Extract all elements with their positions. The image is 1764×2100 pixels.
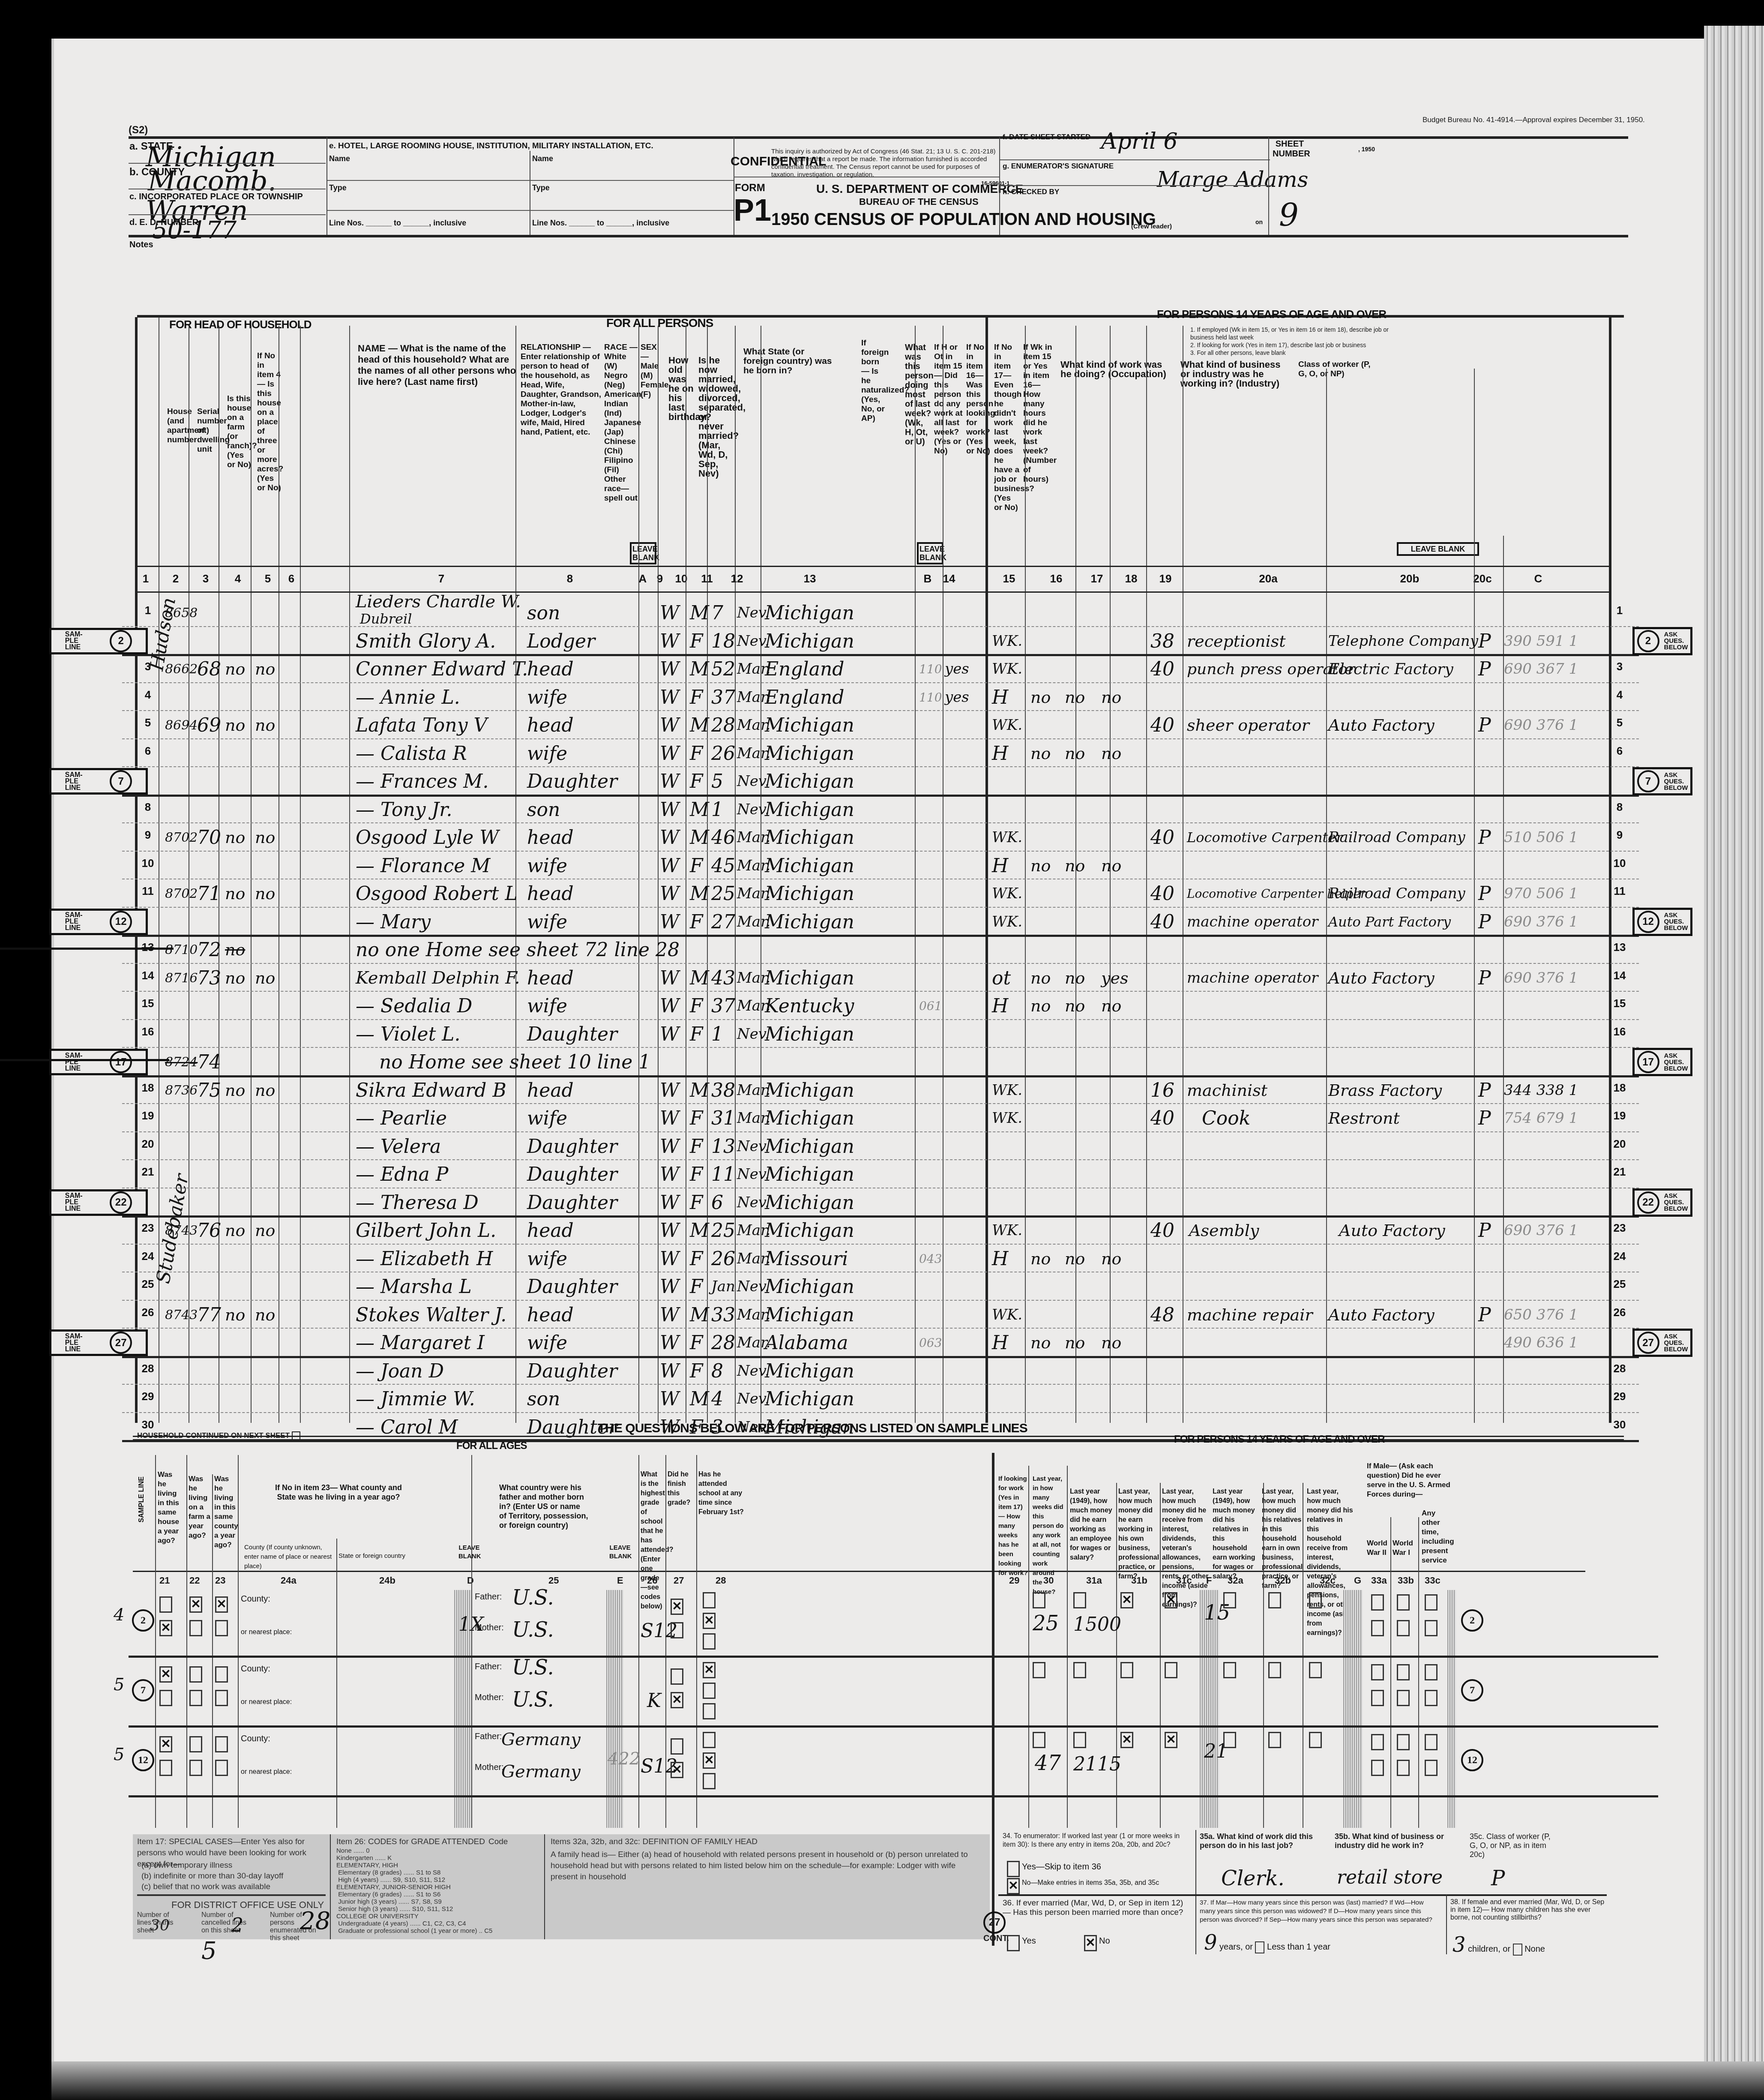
serial-number[interactable]: 77 bbox=[197, 1303, 221, 1327]
class-of-worker[interactable]: P bbox=[1478, 882, 1491, 906]
relationship[interactable]: Lodger bbox=[527, 630, 595, 653]
house-number[interactable]: 8702 bbox=[165, 826, 198, 849]
industry[interactable]: Auto Factory bbox=[1328, 714, 1435, 737]
three-acres[interactable]: no bbox=[255, 1303, 275, 1327]
age[interactable]: 11 bbox=[711, 1163, 735, 1186]
q21-no-checkbox[interactable] bbox=[159, 1690, 172, 1706]
sex[interactable]: F bbox=[690, 686, 703, 709]
race[interactable]: W bbox=[660, 826, 679, 849]
serial-number[interactable]: 70 bbox=[197, 826, 221, 849]
sex[interactable]: F bbox=[690, 854, 703, 878]
q33c-no-checkbox[interactable] bbox=[1425, 1690, 1438, 1706]
hours[interactable]: 40 bbox=[1150, 910, 1174, 934]
birthplace[interactable]: Michigan bbox=[765, 1219, 854, 1242]
q27-no-checkbox[interactable]: ✕ bbox=[671, 1762, 683, 1778]
on-farm[interactable]: no bbox=[225, 714, 245, 737]
relationship[interactable]: head bbox=[527, 1079, 574, 1102]
age[interactable]: 13 bbox=[711, 1135, 735, 1158]
activity[interactable]: WK. bbox=[992, 630, 1022, 653]
sex[interactable]: F bbox=[690, 910, 703, 934]
q27-yes-checkbox[interactable]: ✕ bbox=[671, 1599, 683, 1615]
birthplace[interactable]: Michigan bbox=[765, 1023, 854, 1046]
person-name[interactable]: — Florance M bbox=[356, 854, 490, 878]
q33b-yes-checkbox[interactable] bbox=[1397, 1594, 1410, 1611]
none-children-checkbox[interactable] bbox=[1513, 1944, 1522, 1956]
relationship[interactable]: son bbox=[527, 798, 560, 822]
did-work[interactable]: no bbox=[1030, 1331, 1051, 1355]
table-row[interactable]: 11 8702 71 no no Osgood Robert L head W … bbox=[122, 879, 1639, 908]
race[interactable]: W bbox=[660, 770, 679, 793]
industry[interactable]: Railroad Company bbox=[1328, 826, 1465, 849]
activity[interactable]: WK. bbox=[992, 1303, 1022, 1327]
weeks-worked[interactable]: 25 bbox=[1033, 1611, 1059, 1635]
birthplace[interactable]: Missouri bbox=[765, 1247, 848, 1271]
q33c-no-checkbox[interactable] bbox=[1425, 1760, 1438, 1776]
q33b-yes-checkbox[interactable] bbox=[1397, 1734, 1410, 1750]
q32c-none-checkbox[interactable] bbox=[1309, 1662, 1322, 1678]
q33b-yes-checkbox[interactable] bbox=[1397, 1664, 1410, 1680]
sex[interactable]: M bbox=[690, 714, 709, 737]
looking-for-work[interactable]: no bbox=[1065, 742, 1085, 765]
has-job[interactable]: no bbox=[1101, 994, 1121, 1018]
class-of-worker[interactable]: P bbox=[1478, 1303, 1491, 1327]
relationship[interactable]: wife bbox=[527, 742, 567, 765]
table-row[interactable]: 21 — Edna P Daughter W F 11 Nev. Michiga… bbox=[122, 1159, 1639, 1188]
activity[interactable]: WK. bbox=[992, 910, 1022, 934]
table-row[interactable]: 18 8736 75 no no Sikra Edward B head W M… bbox=[122, 1075, 1639, 1104]
hours[interactable]: 40 bbox=[1150, 714, 1174, 737]
activity[interactable]: H bbox=[992, 1247, 1008, 1271]
person-name[interactable]: — Annie L. bbox=[356, 686, 460, 709]
sex[interactable]: F bbox=[690, 1107, 703, 1130]
q32a-none-checkbox[interactable] bbox=[1223, 1592, 1236, 1608]
activity[interactable]: WK. bbox=[992, 882, 1022, 906]
birthplace[interactable]: Michigan bbox=[765, 1387, 854, 1411]
looking-for-work[interactable]: no bbox=[1065, 1331, 1085, 1355]
vacant-note[interactable]: no one Home see sheet 72 line 28 bbox=[356, 938, 680, 962]
person-name[interactable]: — Sedalia D bbox=[356, 994, 472, 1018]
q38-children[interactable]: 3 bbox=[1453, 1933, 1466, 1957]
q28-no-checkbox[interactable] bbox=[703, 1683, 716, 1699]
did-work[interactable]: no bbox=[1030, 1247, 1051, 1271]
relationship[interactable]: head bbox=[527, 1219, 574, 1242]
table-row[interactable]: 16 — Violet L. Daughter W F 1 Nev. Michi… bbox=[122, 1019, 1639, 1048]
activity[interactable]: WK. bbox=[992, 657, 1022, 681]
sex[interactable]: M bbox=[690, 1387, 709, 1411]
on-farm[interactable]: no bbox=[225, 1219, 245, 1242]
q33b-no-checkbox[interactable] bbox=[1397, 1760, 1410, 1776]
q23-no-checkbox[interactable] bbox=[215, 1690, 228, 1706]
q31b-none-checkbox[interactable] bbox=[1120, 1662, 1133, 1678]
q21-yes-checkbox[interactable]: ✕ bbox=[159, 1666, 172, 1683]
age[interactable]: 1 bbox=[711, 1023, 723, 1046]
house-number[interactable]: 8702 bbox=[165, 882, 198, 906]
hours[interactable]: 48 bbox=[1150, 1303, 1174, 1327]
race[interactable]: W bbox=[660, 1163, 679, 1186]
has-job[interactable]: no bbox=[1101, 742, 1121, 765]
q33c-yes-checkbox[interactable] bbox=[1425, 1664, 1438, 1680]
birthplace[interactable]: Michigan bbox=[765, 1191, 854, 1215]
person-name[interactable]: — Theresa D bbox=[356, 1191, 479, 1215]
q33a-no-checkbox[interactable] bbox=[1371, 1760, 1384, 1776]
sex[interactable]: F bbox=[690, 742, 703, 765]
hours[interactable]: 40 bbox=[1150, 826, 1174, 849]
activity[interactable]: H bbox=[992, 686, 1008, 709]
occupation[interactable]: Cook bbox=[1202, 1107, 1250, 1130]
age[interactable]: 1 bbox=[711, 798, 723, 822]
house-number[interactable]: 8743 bbox=[165, 1303, 198, 1327]
activity[interactable]: WK. bbox=[992, 826, 1022, 849]
industry[interactable]: Telephone Company bbox=[1328, 630, 1478, 653]
sex[interactable]: M bbox=[690, 657, 709, 681]
has-job[interactable]: yes bbox=[1101, 966, 1128, 990]
occupation[interactable]: Locomotive Carpenter bbox=[1187, 826, 1343, 849]
relationship[interactable]: Daughter bbox=[527, 1135, 617, 1158]
q33c-yes-checkbox[interactable] bbox=[1425, 1734, 1438, 1750]
person-name[interactable]: — Calista R bbox=[356, 742, 467, 765]
sex[interactable]: M bbox=[690, 826, 709, 849]
on-farm[interactable]: no bbox=[225, 657, 245, 681]
sex[interactable]: M bbox=[690, 798, 709, 822]
industry[interactable]: Auto Factory bbox=[1339, 1219, 1445, 1242]
activity[interactable]: ot bbox=[992, 966, 1011, 990]
q33a-yes-checkbox[interactable] bbox=[1371, 1664, 1384, 1680]
birthplace[interactable]: Michigan bbox=[765, 1275, 854, 1299]
person-name[interactable]: — Violet L. bbox=[356, 1023, 461, 1046]
birthplace[interactable]: Michigan bbox=[765, 770, 854, 793]
three-acres[interactable]: no bbox=[255, 882, 275, 906]
q28-yes-checkbox[interactable] bbox=[703, 1592, 716, 1608]
occupation[interactable]: sheer operator bbox=[1187, 714, 1309, 737]
hours[interactable]: 40 bbox=[1150, 657, 1174, 681]
relationship[interactable]: son bbox=[527, 1387, 560, 1411]
q23-yes-checkbox[interactable] bbox=[215, 1666, 228, 1683]
person-name[interactable]: Conner Edward T. bbox=[356, 657, 528, 681]
serial-number[interactable]: 74 bbox=[197, 1050, 221, 1074]
race[interactable]: W bbox=[660, 1331, 679, 1355]
father-birthplace[interactable]: U.S. bbox=[512, 1586, 554, 1610]
birthplace[interactable]: Michigan bbox=[765, 1107, 854, 1130]
did-work[interactable]: no bbox=[1030, 994, 1051, 1018]
relationship[interactable]: Daughter bbox=[527, 1023, 617, 1046]
sex[interactable]: F bbox=[690, 770, 703, 793]
q32b-none-checkbox[interactable] bbox=[1268, 1662, 1281, 1678]
race[interactable]: W bbox=[660, 994, 679, 1018]
occupation[interactable]: machine repair bbox=[1187, 1303, 1313, 1327]
mother-birthplace[interactable]: U.S. bbox=[512, 1688, 554, 1712]
age[interactable]: Jan bbox=[711, 1275, 735, 1299]
race[interactable]: W bbox=[660, 798, 679, 822]
q31a-none-checkbox[interactable] bbox=[1073, 1732, 1086, 1748]
class-of-worker[interactable]: P bbox=[1478, 1079, 1491, 1102]
table-row[interactable]: 24 — Elizabeth H wife W F 26 Mar. Missou… bbox=[122, 1244, 1639, 1273]
person-name[interactable]: Kemball Delphin F. bbox=[356, 966, 520, 990]
sex[interactable]: F bbox=[690, 1331, 703, 1355]
table-row[interactable]: SAM-PLELINE2 Smith Glory A. Lodger W F 1… bbox=[122, 626, 1639, 657]
class-of-worker[interactable]: P bbox=[1478, 910, 1491, 934]
age[interactable]: 8 bbox=[711, 1359, 723, 1383]
father-birthplace[interactable]: Germany bbox=[501, 1730, 581, 1749]
q36-no-checkbox[interactable]: ✕ bbox=[1084, 1935, 1097, 1951]
sheet-number-value[interactable]: 9 bbox=[1279, 197, 1299, 233]
q30-none-checkbox[interactable] bbox=[1033, 1732, 1045, 1748]
relationship[interactable]: head bbox=[527, 714, 574, 737]
q22-yes-checkbox[interactable]: ✕ bbox=[189, 1596, 202, 1613]
table-row[interactable]: 5 8694 69 no no Lafata Tony V head W M 2… bbox=[122, 710, 1639, 739]
person-name[interactable]: — Pearlie bbox=[356, 1107, 447, 1130]
sex[interactable]: F bbox=[690, 1163, 703, 1186]
q28-30-over-checkbox[interactable] bbox=[703, 1633, 716, 1650]
q28-30-over-checkbox[interactable] bbox=[703, 1773, 716, 1789]
sample-row[interactable]: 4 2 ✕ ✕ ✕ County: or nearest place: 1X F… bbox=[129, 1588, 1658, 1658]
sex[interactable]: M bbox=[690, 1079, 709, 1102]
race[interactable]: W bbox=[660, 1107, 679, 1130]
q27-no-checkbox[interactable]: ✕ bbox=[671, 1692, 683, 1708]
table-row[interactable]: 25 — Marsha L Daughter W F Jan Nev. Mich… bbox=[122, 1272, 1639, 1301]
age[interactable]: 37 bbox=[711, 686, 735, 709]
age[interactable]: 45 bbox=[711, 854, 735, 878]
class-of-worker[interactable]: P bbox=[1478, 630, 1491, 653]
house-number[interactable]: 8710 bbox=[165, 938, 198, 962]
naturalized[interactable]: yes bbox=[945, 686, 969, 709]
person-name[interactable]: Lafata Tony V bbox=[356, 714, 487, 737]
q31a-none-checkbox[interactable] bbox=[1073, 1592, 1086, 1608]
q28-no-checkbox[interactable]: ✕ bbox=[703, 1613, 716, 1629]
race[interactable]: W bbox=[660, 630, 679, 653]
on-farm[interactable]: no bbox=[225, 826, 245, 849]
age[interactable]: 52 bbox=[711, 657, 735, 681]
age[interactable]: 7 bbox=[711, 601, 723, 625]
activity[interactable]: H bbox=[992, 994, 1008, 1018]
table-row[interactable]: 10 — Florance M wife W F 45 Mar. Michiga… bbox=[122, 851, 1639, 880]
age[interactable]: 31 bbox=[711, 1107, 735, 1130]
hours[interactable]: 40 bbox=[1150, 882, 1174, 906]
q21-no-checkbox[interactable]: ✕ bbox=[159, 1620, 172, 1636]
three-acres[interactable]: no bbox=[255, 1079, 275, 1102]
relationship[interactable]: head bbox=[527, 826, 574, 849]
looking-for-work[interactable]: no bbox=[1065, 1247, 1085, 1271]
q33b-no-checkbox[interactable] bbox=[1397, 1620, 1410, 1636]
race[interactable]: W bbox=[660, 1219, 679, 1242]
relationship[interactable]: wife bbox=[527, 1247, 567, 1271]
on-farm[interactable]: no bbox=[225, 966, 245, 990]
race[interactable]: W bbox=[660, 882, 679, 906]
q32c-none-checkbox[interactable] bbox=[1309, 1732, 1322, 1748]
birthplace[interactable]: Michigan bbox=[765, 714, 854, 737]
table-row[interactable]: 19 — Pearlie wife W F 31 Mar. Michigan W… bbox=[122, 1103, 1639, 1132]
wage-income[interactable]: 1500 bbox=[1073, 1614, 1121, 1635]
activity[interactable]: WK. bbox=[992, 1107, 1022, 1130]
person-name[interactable]: Smith Glory A. bbox=[356, 630, 496, 653]
table-row[interactable]: SAM-PLELINE12 — Mary wife W F 27 Mar. Mi… bbox=[122, 907, 1639, 937]
person-name[interactable]: Gilbert John L. bbox=[356, 1219, 496, 1242]
q27-yes-checkbox[interactable] bbox=[671, 1738, 683, 1755]
q33c-no-checkbox[interactable] bbox=[1425, 1620, 1438, 1636]
birthplace[interactable]: Michigan bbox=[765, 1135, 854, 1158]
q33a-no-checkbox[interactable] bbox=[1371, 1620, 1384, 1636]
father-birthplace[interactable]: U.S. bbox=[512, 1656, 554, 1680]
table-row[interactable]: 14 8716 73 no no Kemball Delphin F. head… bbox=[122, 963, 1639, 992]
q28-yes-checkbox[interactable] bbox=[703, 1732, 716, 1748]
age[interactable]: 26 bbox=[711, 1247, 735, 1271]
house-number[interactable]: 8736 bbox=[165, 1079, 198, 1102]
age[interactable]: 38 bbox=[711, 1079, 735, 1102]
sex[interactable]: F bbox=[690, 1023, 703, 1046]
sex[interactable]: M bbox=[690, 882, 709, 906]
ed-number-value[interactable]: 50-177 bbox=[152, 216, 237, 244]
q35c-value[interactable]: P bbox=[1491, 1866, 1505, 1890]
race[interactable]: W bbox=[660, 686, 679, 709]
relationship[interactable]: Daughter bbox=[527, 1359, 617, 1383]
birthplace[interactable]: Michigan bbox=[765, 1359, 854, 1383]
on-farm[interactable]: no bbox=[225, 882, 245, 906]
on-farm[interactable]: no bbox=[225, 938, 245, 962]
naturalized[interactable]: yes bbox=[945, 657, 969, 681]
house-number[interactable]: 8662 bbox=[165, 657, 198, 681]
person-name[interactable]: — Margaret I bbox=[356, 1331, 485, 1355]
relationship[interactable]: head bbox=[527, 657, 574, 681]
class-of-worker[interactable]: P bbox=[1478, 1219, 1491, 1242]
vacant-note[interactable]: no Home see sheet 10 line 1 bbox=[379, 1050, 650, 1074]
looking-for-work[interactable]: no bbox=[1065, 966, 1085, 990]
q31b-none-checkbox[interactable]: ✕ bbox=[1120, 1592, 1133, 1608]
serial-number[interactable]: 68 bbox=[197, 657, 221, 681]
q22-no-checkbox[interactable] bbox=[189, 1760, 202, 1776]
age[interactable]: 25 bbox=[711, 882, 735, 906]
person-name[interactable]: Osgood Lyle W bbox=[356, 826, 499, 849]
sample-row[interactable]: 5 7 ✕ County: or nearest place: Father: … bbox=[129, 1658, 1658, 1728]
birthplace[interactable]: Michigan bbox=[765, 854, 854, 878]
looking-for-work[interactable]: no bbox=[1065, 994, 1085, 1018]
q31c-none-checkbox[interactable] bbox=[1165, 1662, 1177, 1678]
class-of-worker[interactable]: P bbox=[1478, 657, 1491, 681]
table-row[interactable]: 3 8662 68 no no Conner Edward T. head W … bbox=[122, 654, 1639, 683]
table-row[interactable]: 13 8710 72 no no one Home see sheet 72 l… bbox=[122, 935, 1639, 964]
q32a-none-checkbox[interactable] bbox=[1223, 1662, 1236, 1678]
sex[interactable]: M bbox=[690, 1219, 709, 1242]
grade-attended[interactable]: K bbox=[647, 1690, 661, 1712]
age[interactable]: 6 bbox=[711, 1191, 723, 1215]
class-of-worker[interactable]: P bbox=[1478, 714, 1491, 737]
birthplace[interactable]: Michigan bbox=[765, 1303, 854, 1327]
table-row[interactable]: SAM-PLELINE27 — Margaret I wife W F 28 M… bbox=[122, 1328, 1639, 1358]
birthplace[interactable]: Michigan bbox=[765, 1079, 854, 1102]
person-name[interactable]: Osgood Robert L bbox=[356, 882, 518, 906]
age[interactable]: 26 bbox=[711, 742, 735, 765]
house-number[interactable]: 8694 bbox=[165, 714, 198, 737]
activity[interactable]: H bbox=[992, 742, 1008, 765]
relationship[interactable]: wife bbox=[527, 854, 567, 878]
q22-no-checkbox[interactable] bbox=[189, 1620, 202, 1636]
industry[interactable]: Railroad Company bbox=[1328, 882, 1465, 906]
q32c-none-checkbox[interactable] bbox=[1309, 1592, 1322, 1608]
weeks-worked[interactable]: 47 bbox=[1035, 1751, 1061, 1775]
enumerator-signature[interactable]: Marge Adams bbox=[1157, 167, 1308, 192]
table-row[interactable]: 8 — Tony Jr. son W M 1 Nev. Michigan 8 bbox=[122, 795, 1639, 824]
table-row[interactable]: 26 8743 77 no no Stokes Walter J. head W… bbox=[122, 1300, 1639, 1329]
class-of-worker[interactable]: P bbox=[1478, 1107, 1491, 1130]
sex[interactable]: M bbox=[690, 966, 709, 990]
q32b-none-checkbox[interactable] bbox=[1268, 1592, 1281, 1608]
occupation[interactable]: machinist bbox=[1187, 1079, 1267, 1102]
q23-no-checkbox[interactable] bbox=[215, 1760, 228, 1776]
occupation[interactable]: machine operator bbox=[1187, 966, 1318, 990]
table-row[interactable]: 20 — Velera Daughter W F 13 Nev. Michiga… bbox=[122, 1131, 1639, 1161]
race[interactable]: W bbox=[660, 1247, 679, 1271]
activity[interactable]: H bbox=[992, 1331, 1008, 1355]
occupation[interactable]: machine operator bbox=[1187, 910, 1318, 934]
relationship[interactable]: Daughter bbox=[527, 770, 617, 793]
table-row[interactable]: 23 8743 76 no no Gilbert John L. head W … bbox=[122, 1215, 1639, 1245]
q23-yes-checkbox[interactable] bbox=[215, 1736, 228, 1752]
q28-yes-checkbox[interactable]: ✕ bbox=[703, 1662, 716, 1678]
relationship[interactable]: wife bbox=[527, 1107, 567, 1130]
has-job[interactable]: no bbox=[1101, 1331, 1121, 1355]
serial-number[interactable]: 76 bbox=[197, 1219, 221, 1242]
sex[interactable]: F bbox=[690, 630, 703, 653]
activity[interactable]: WK. bbox=[992, 1079, 1022, 1102]
did-work[interactable]: no bbox=[1030, 966, 1051, 990]
race[interactable]: W bbox=[660, 1079, 679, 1102]
q37-years[interactable]: 9 bbox=[1204, 1931, 1217, 1955]
sex[interactable]: F bbox=[690, 1135, 703, 1158]
q36-yes-checkbox[interactable] bbox=[1007, 1935, 1020, 1951]
looking-for-work[interactable]: no bbox=[1065, 686, 1085, 709]
q32a-none-checkbox[interactable] bbox=[1223, 1732, 1236, 1748]
race[interactable]: W bbox=[660, 1135, 679, 1158]
q23-no-checkbox[interactable] bbox=[215, 1620, 228, 1636]
q22-yes-checkbox[interactable] bbox=[189, 1666, 202, 1683]
age[interactable]: 37 bbox=[711, 994, 735, 1018]
did-work[interactable]: no bbox=[1030, 686, 1051, 709]
class-of-worker[interactable]: P bbox=[1478, 966, 1491, 990]
activity[interactable]: WK. bbox=[992, 1219, 1022, 1242]
occupation[interactable]: receptionist bbox=[1187, 630, 1285, 653]
has-job[interactable]: no bbox=[1101, 686, 1121, 709]
serial-number[interactable]: 75 bbox=[197, 1079, 221, 1102]
sex[interactable]: F bbox=[690, 1247, 703, 1271]
age[interactable]: 27 bbox=[711, 910, 735, 934]
less-than-1-year-checkbox[interactable] bbox=[1255, 1941, 1264, 1953]
hours[interactable]: 16 bbox=[1150, 1079, 1174, 1102]
birthplace[interactable]: Michigan bbox=[765, 826, 854, 849]
three-acres[interactable]: no bbox=[255, 826, 275, 849]
house-number[interactable]: 8724 bbox=[165, 1050, 198, 1074]
three-acres[interactable]: no bbox=[255, 714, 275, 737]
sex[interactable]: M bbox=[690, 1303, 709, 1327]
q31b-none-checkbox[interactable]: ✕ bbox=[1120, 1732, 1133, 1748]
age[interactable]: 33 bbox=[711, 1303, 735, 1327]
person-name[interactable]: Stokes Walter J. bbox=[356, 1303, 506, 1327]
q33a-yes-checkbox[interactable] bbox=[1371, 1734, 1384, 1750]
birthplace[interactable]: Michigan bbox=[765, 630, 854, 653]
age[interactable]: 28 bbox=[711, 714, 735, 737]
q33b-no-checkbox[interactable] bbox=[1397, 1690, 1410, 1706]
hours[interactable]: 40 bbox=[1150, 1107, 1174, 1130]
looking-for-work[interactable]: no bbox=[1065, 854, 1085, 878]
birthplace[interactable]: Michigan bbox=[765, 601, 854, 625]
sex[interactable]: F bbox=[690, 1191, 703, 1215]
race[interactable]: W bbox=[660, 1359, 679, 1383]
mother-birthplace[interactable]: U.S. bbox=[512, 1618, 554, 1642]
person-name[interactable]: — Jimmie W. bbox=[356, 1387, 475, 1411]
q31c-none-checkbox[interactable]: ✕ bbox=[1165, 1732, 1177, 1748]
relationship[interactable]: wife bbox=[527, 1331, 567, 1355]
relationship[interactable]: Daughter bbox=[527, 1191, 617, 1215]
person-name[interactable]: — Mary bbox=[356, 910, 431, 934]
race[interactable]: W bbox=[660, 1303, 679, 1327]
person-name[interactable]: — Tony Jr. bbox=[356, 798, 452, 822]
